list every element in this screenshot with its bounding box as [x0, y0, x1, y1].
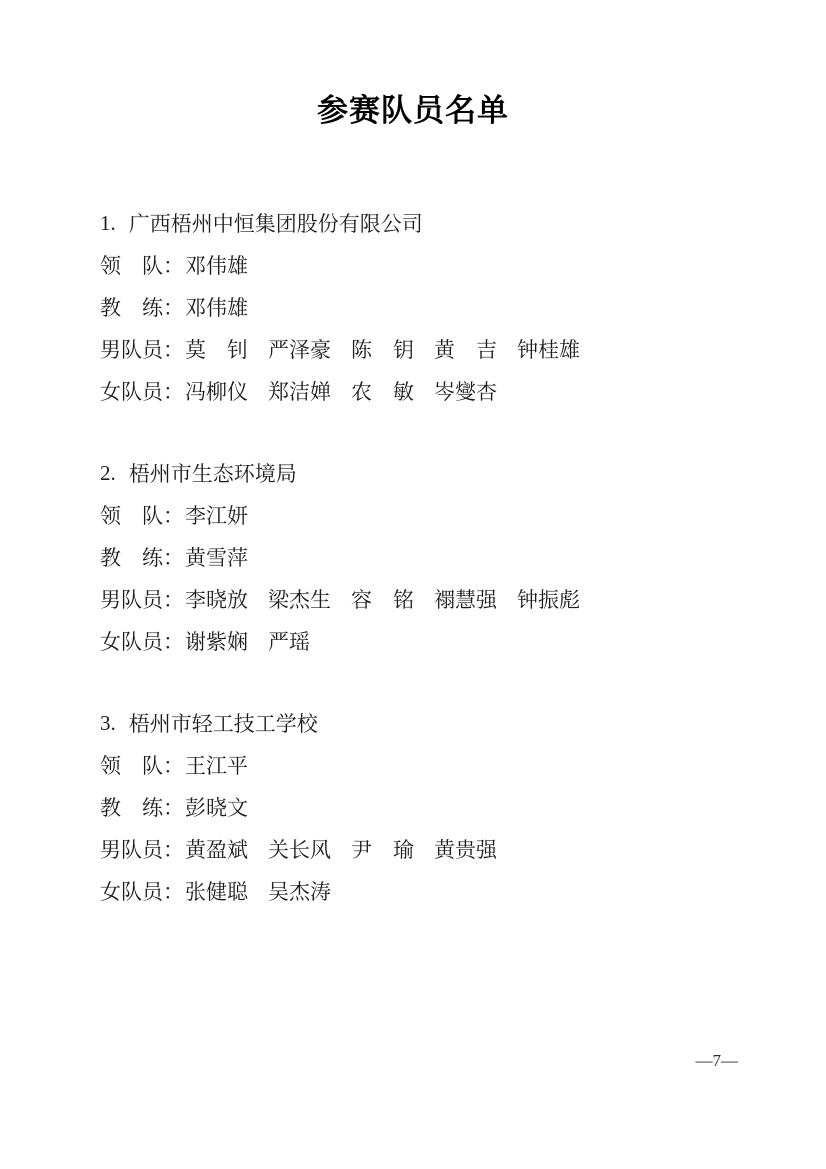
- member-name: 尹 瑜: [351, 834, 414, 864]
- member-name: 莫 钊: [185, 334, 248, 364]
- member-names: 邓伟雄: [185, 292, 248, 322]
- document-page: 参赛队员名单 1.广西梧州中恒集团股份有限公司领 队：邓伟雄教 练：邓伟雄男队员…: [0, 0, 826, 1169]
- member-name: 农 敏: [351, 376, 414, 406]
- page-number: —7—: [696, 1051, 739, 1071]
- member-names: 王江平: [185, 750, 248, 780]
- team-block: 1.广西梧州中恒集团股份有限公司领 队：邓伟雄教 练：邓伟雄男队员：莫 钊严泽豪…: [100, 202, 746, 412]
- member-name: 禤慧强: [434, 584, 497, 614]
- member-name: 冯柳仪: [185, 376, 248, 406]
- member-names: 冯柳仪郑洁婵农 敏岑燮杏: [185, 376, 497, 406]
- member-name: 钟振彪: [517, 584, 580, 614]
- member-row: 教 练：彭晓文: [100, 786, 746, 828]
- member-names: 黄盈斌关长风尹 瑜黄贵强: [185, 834, 497, 864]
- member-name: 岑燮杏: [434, 376, 497, 406]
- team-header: 1.广西梧州中恒集团股份有限公司: [100, 202, 746, 244]
- member-row: 男队员：莫 钊严泽豪陈 钥黄 吉钟桂雄: [100, 328, 746, 370]
- member-row: 男队员：黄盈斌关长风尹 瑜黄贵强: [100, 828, 746, 870]
- page-title: 参赛队员名单: [0, 0, 826, 132]
- row-label: 男队员：: [100, 584, 184, 614]
- member-names: 邓伟雄: [185, 250, 248, 280]
- member-name: 关长风: [268, 834, 331, 864]
- team-index: 2.: [100, 461, 116, 486]
- team-name: 广西梧州中恒集团股份有限公司: [129, 208, 423, 238]
- row-label: 领 队：: [100, 500, 184, 530]
- member-name: 严泽豪: [268, 334, 331, 364]
- row-label: 男队员：: [100, 334, 184, 364]
- member-names: 莫 钊严泽豪陈 钥黄 吉钟桂雄: [185, 334, 580, 364]
- member-row: 领 队：李江妍: [100, 494, 746, 536]
- team-header: 3.梧州市轻工技工学校: [100, 702, 746, 744]
- member-name: 邓伟雄: [185, 250, 248, 280]
- team-name: 梧州市生态环境局: [129, 458, 297, 488]
- row-label: 女队员：: [100, 876, 184, 906]
- member-row: 教 练：黄雪萍: [100, 536, 746, 578]
- member-row: 女队员：冯柳仪郑洁婵农 敏岑燮杏: [100, 370, 746, 412]
- member-name: 吴杰涛: [268, 876, 331, 906]
- member-name: 彭晓文: [185, 792, 248, 822]
- team-list: 1.广西梧州中恒集团股份有限公司领 队：邓伟雄教 练：邓伟雄男队员：莫 钊严泽豪…: [100, 202, 746, 912]
- member-names: 黄雪萍: [185, 542, 248, 572]
- member-row: 男队员：李晓放梁杰生容 铭禤慧强钟振彪: [100, 578, 746, 620]
- row-label: 领 队：: [100, 750, 184, 780]
- member-name: 张健聪: [185, 876, 248, 906]
- member-name: 容 铭: [351, 584, 414, 614]
- member-name: 黄 吉: [434, 334, 497, 364]
- member-name: 黄盈斌: [185, 834, 248, 864]
- row-label: 教 练：: [100, 292, 184, 322]
- member-row: 领 队：邓伟雄: [100, 244, 746, 286]
- member-name: 黄雪萍: [185, 542, 248, 572]
- row-label: 教 练：: [100, 792, 184, 822]
- member-name: 严瑶: [268, 626, 310, 656]
- member-name: 黄贵强: [434, 834, 497, 864]
- member-row: 领 队：王江平: [100, 744, 746, 786]
- row-label: 领 队：: [100, 250, 184, 280]
- row-label: 女队员：: [100, 376, 184, 406]
- member-name: 李江妍: [185, 500, 248, 530]
- member-name: 李晓放: [185, 584, 248, 614]
- member-name: 邓伟雄: [185, 292, 248, 322]
- team-header: 2.梧州市生态环境局: [100, 452, 746, 494]
- member-name: 郑洁婵: [268, 376, 331, 406]
- team-index: 1.: [100, 211, 116, 236]
- member-names: 张健聪吴杰涛: [185, 876, 331, 906]
- member-row: 教 练：邓伟雄: [100, 286, 746, 328]
- member-name: 王江平: [185, 750, 248, 780]
- member-name: 梁杰生: [268, 584, 331, 614]
- member-name: 谢紫娴: [185, 626, 248, 656]
- member-names: 李晓放梁杰生容 铭禤慧强钟振彪: [185, 584, 580, 614]
- team-block: 2.梧州市生态环境局领 队：李江妍教 练：黄雪萍男队员：李晓放梁杰生容 铭禤慧强…: [100, 452, 746, 662]
- member-names: 李江妍: [185, 500, 248, 530]
- member-row: 女队员：张健聪吴杰涛: [100, 870, 746, 912]
- member-name: 钟桂雄: [517, 334, 580, 364]
- member-row: 女队员：谢紫娴严瑶: [100, 620, 746, 662]
- row-label: 教 练：: [100, 542, 184, 572]
- row-label: 女队员：: [100, 626, 184, 656]
- team-name: 梧州市轻工技工学校: [129, 708, 318, 738]
- member-names: 彭晓文: [185, 792, 248, 822]
- row-label: 男队员：: [100, 834, 184, 864]
- member-names: 谢紫娴严瑶: [185, 626, 310, 656]
- team-index: 3.: [100, 711, 116, 736]
- team-block: 3.梧州市轻工技工学校领 队：王江平教 练：彭晓文男队员：黄盈斌关长风尹 瑜黄贵…: [100, 702, 746, 912]
- member-name: 陈 钥: [351, 334, 414, 364]
